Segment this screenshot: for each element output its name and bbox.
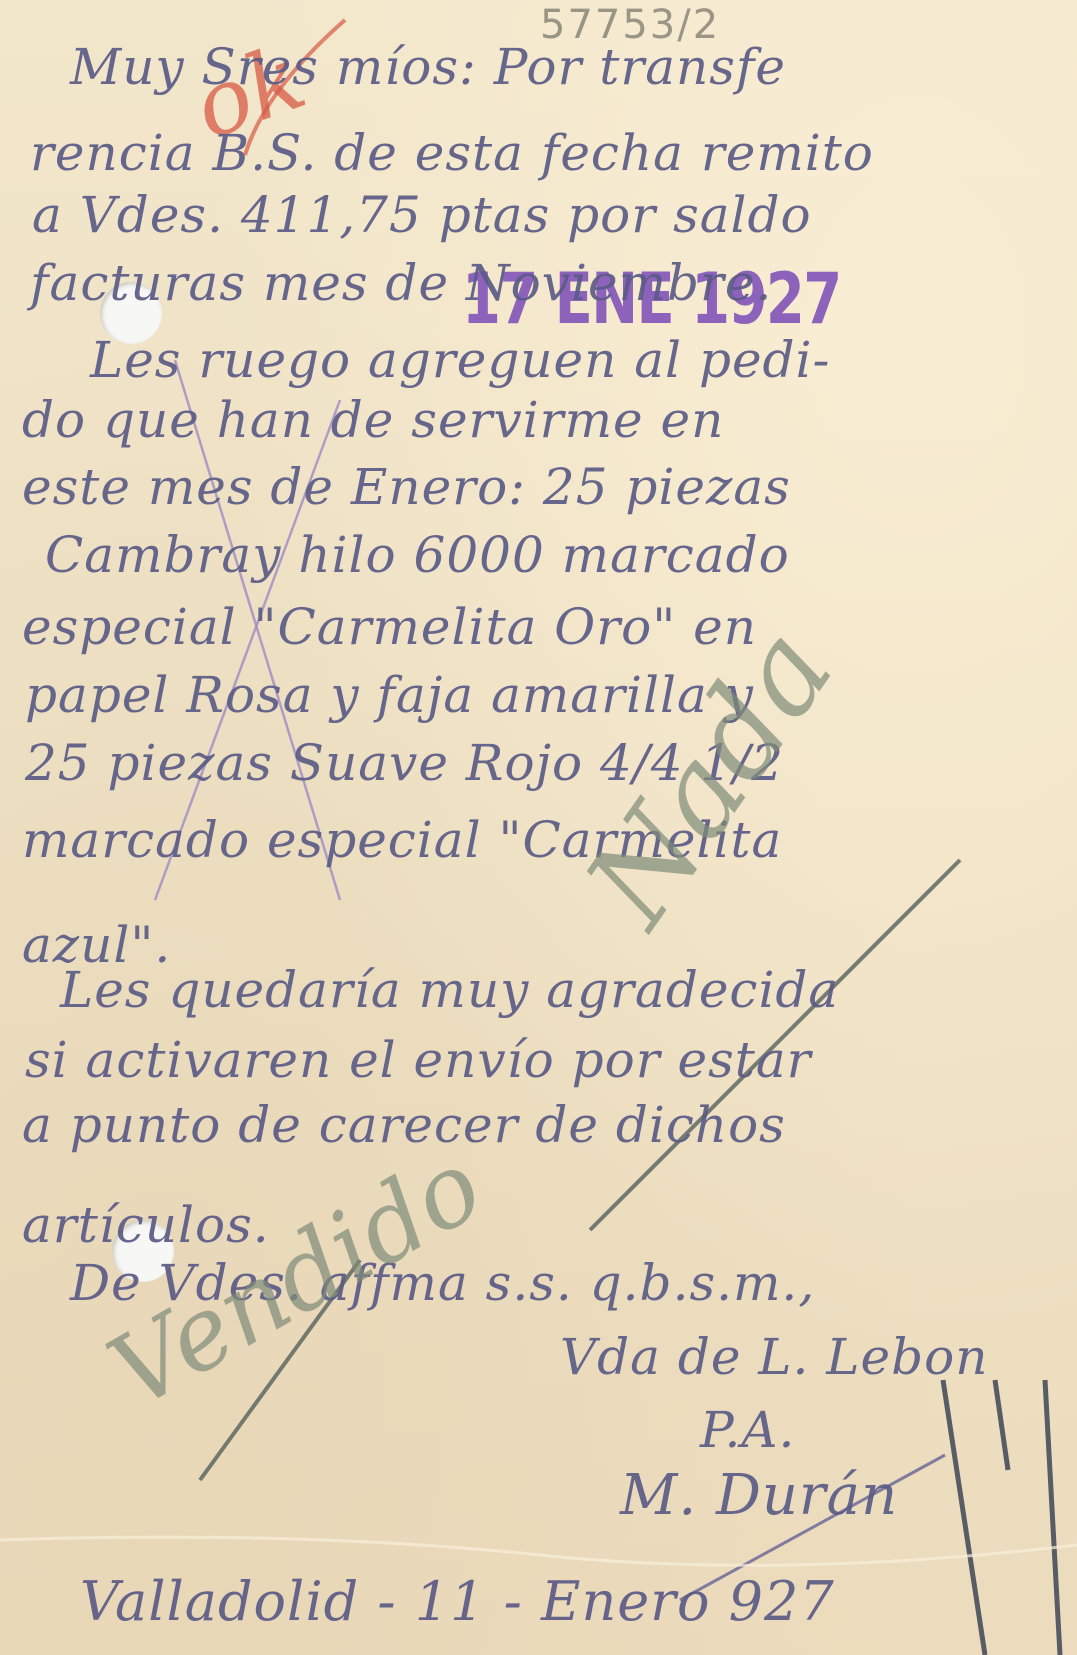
letter-line: Muy Sres míos: Por transfe	[70, 42, 786, 92]
signature-pp: P.A.	[700, 1405, 795, 1455]
place-date: Valladolid - 11 - Enero 927	[80, 1575, 835, 1629]
letter-line: este mes de Enero: 25 piezas	[22, 462, 791, 512]
letter-line: si activaren el envío por estar	[25, 1035, 812, 1085]
letter-line: a Vdes. 411,75 ptas por saldo	[32, 190, 812, 240]
letter-line: rencia B.S. de esta fecha remito	[30, 128, 874, 178]
letter-line: papel Rosa y faja amarilla y	[25, 670, 754, 720]
letter-line: do que han de servirme en	[22, 395, 724, 445]
signature-signer: M. Durán	[620, 1468, 898, 1524]
letter-line: facturas mes de Noviembre.	[30, 258, 772, 308]
signature-company: Vda de L. Lebon	[560, 1332, 988, 1382]
letter-line: Les quedaría muy agradecida	[60, 965, 839, 1015]
letter-line: a punto de carecer de dichos	[22, 1100, 786, 1150]
letter-line: Cambray hilo 6000 marcado	[45, 530, 790, 580]
letter-line: especial "Carmelita Oro" en	[22, 602, 757, 652]
letter-line: Les ruego agreguen al pedi-	[90, 335, 830, 385]
letter-card: 57753/2 ok 17 ENE 1927 Muy Sres míos: Po…	[0, 0, 1077, 1655]
letter-line: artículos.	[22, 1200, 270, 1250]
